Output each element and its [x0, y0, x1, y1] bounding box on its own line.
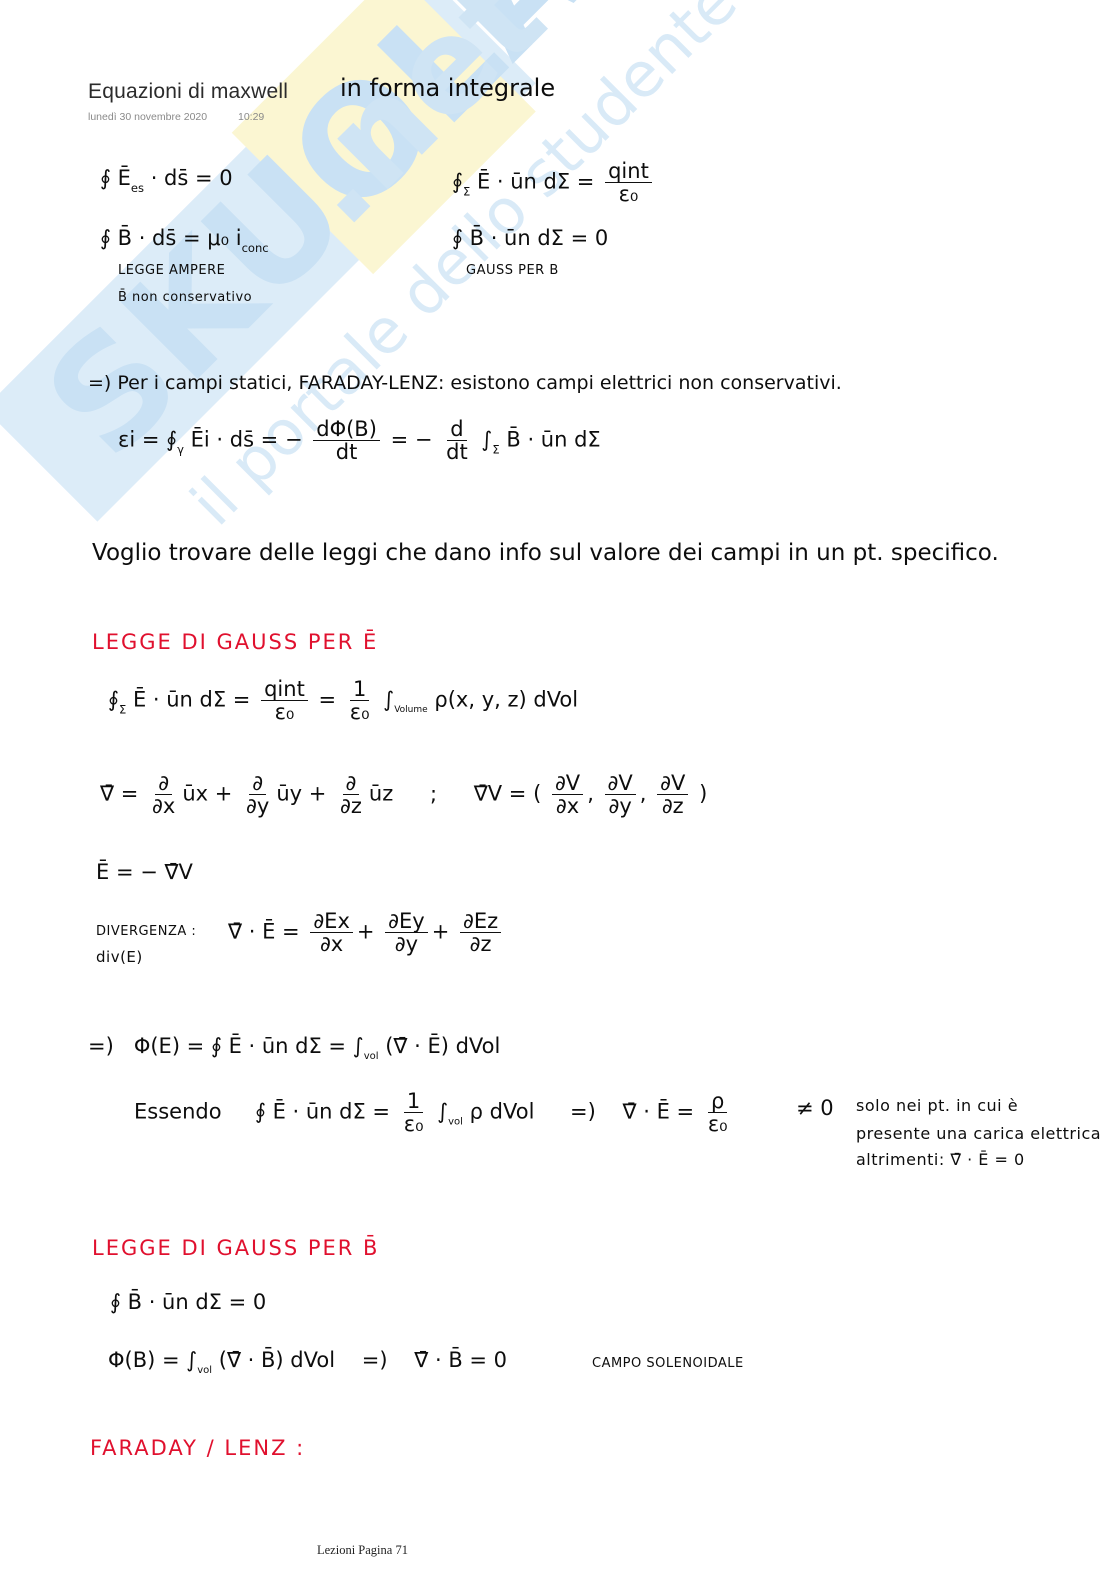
eq-flux-divergence: =) Φ(E) = ∮ Ē · ūn dΣ = ∫vol (∇̄ · Ē) dV…	[88, 1034, 500, 1062]
page-footer: Lezioni Pagina 71	[317, 1543, 408, 1558]
page-time: 10:29	[238, 111, 264, 123]
note-campo-solenoidale: CAMPO SOLENOIDALE	[592, 1356, 744, 1371]
eq-gauss-e-volume: ∮Σ Ē · ūn dΣ = qintε₀ = 1ε₀ ∫Volume ρ(x,…	[108, 678, 578, 723]
svg-text:.net: .net	[259, 0, 573, 254]
label-div-e: div(E)	[96, 948, 143, 966]
faraday-intro-line: =) Per i campi statici, FARADAY-LENZ: es…	[88, 372, 842, 394]
page-title: Equazioni di maxwell	[88, 80, 288, 104]
eq-gauss-e-integral: ∮Σ Ē · ūn dΣ = qintε₀	[452, 160, 656, 205]
eq-divergence-result: =) ∇̄ · Ē = ρε₀	[570, 1090, 735, 1135]
note-legge-ampere: LEGGE AMPERE	[118, 263, 225, 278]
handwritten-subtitle: in forma integrale	[340, 74, 555, 102]
note-line-3: altrimenti: ∇̄ · Ē = 0	[856, 1150, 1025, 1169]
note-line-2: presente una carica elettrica	[856, 1124, 1101, 1143]
eq-flux-b: Φ(B) = ∫vol (∇̄ · B̄) dVol =) ∇̄ · B̄ = …	[108, 1348, 507, 1376]
eq-gauss-b-integral: ∮ B̄ · ūn dΣ = 0	[452, 226, 608, 250]
eq-divergence: ∇̄ · Ē = ∂Ex∂x+ ∂Ey∂y+ ∂Ez∂z	[228, 910, 505, 955]
goal-statement: Voglio trovare delle leggi che dano info…	[92, 540, 999, 566]
heading-gauss-b: LEGGE DI GAUSS PER B̄	[92, 1236, 379, 1260]
note-line-1: solo nei pt. in cui è	[856, 1096, 1018, 1115]
eq-gauss-b-zero: ∮ B̄ · ūn dΣ = 0	[110, 1290, 266, 1314]
heading-gauss-e: LEGGE DI GAUSS PER Ē	[92, 630, 378, 654]
eq-essendo: Essendo ∮ Ē · ūn dΣ = 1ε₀ ∫vol ρ dVol	[134, 1090, 534, 1135]
note-neq-zero: ≠ 0	[796, 1096, 834, 1120]
label-divergenza: DIVERGENZA :	[96, 924, 196, 939]
page-date: lunedì 30 novembre 2020	[88, 111, 207, 123]
eq-e-minus-grad-v: Ē = − ∇̄V	[96, 860, 193, 884]
heading-faraday-lenz: FARADAY / LENZ :	[90, 1436, 305, 1460]
note-gauss-per-b: GAUSS PER B	[466, 263, 559, 278]
eq-faraday-emf: εi = ∮γ Ēi · ds̄ = − dΦ(B)dt = − ddt ∫Σ …	[118, 418, 601, 463]
eq-nabla-definition: ∇̄ = ∂∂xūx + ∂∂yūy + ∂∂zūz ; ∇̄V = ( ∂V∂…	[100, 772, 707, 817]
eq-ampere: ∮ B̄ · ds̄ = μ₀ iconc	[100, 226, 269, 255]
note-b-non-conservativo: B̄ non conservativo	[118, 290, 252, 305]
eq-circulation-e: ∮ Ēes · ds̄ = 0	[100, 166, 233, 195]
